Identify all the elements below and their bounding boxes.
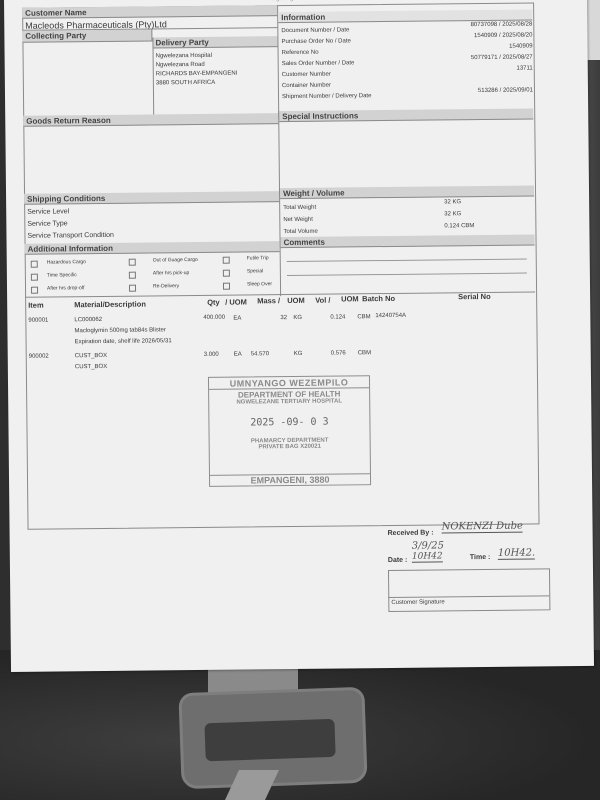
info-label: Container Number bbox=[282, 83, 331, 90]
stamp-date: 2025 -09- 0 3 bbox=[209, 416, 369, 429]
cell-desc-1: Expiration date, shelf life 2026/05/31 bbox=[75, 338, 172, 345]
checkbox[interactable] bbox=[129, 272, 136, 279]
delivery-line-4: 3880 SOUTH AFRICA bbox=[156, 80, 215, 87]
cell-uom: EA bbox=[234, 352, 242, 358]
delivery-line-2: Ngwelezana Road bbox=[156, 62, 205, 69]
checkbox-label: After hrs pick-up bbox=[153, 270, 189, 276]
info-value: 80737098 / 2025/08/28 bbox=[471, 21, 533, 28]
stamp-line-6: EMPANGENI, 3880 bbox=[210, 473, 370, 486]
delivery-line-3: RICHARDS BAY-EMPANGENI bbox=[156, 71, 238, 78]
delivery-note: Customer Name Macleods Pharmaceuticals (… bbox=[22, 2, 534, 7]
checkbox-label: Hazardous Cargo bbox=[47, 259, 86, 265]
checkbox[interactable] bbox=[223, 270, 230, 277]
checkbox-label: After hrs drop-off bbox=[47, 285, 84, 291]
checkbox[interactable] bbox=[31, 287, 38, 294]
cell-qty: 3.000 bbox=[204, 352, 219, 358]
time-value[interactable]: 10H42. bbox=[498, 547, 535, 559]
stamp-line-1: UMNYANGO WEZEMPILO bbox=[209, 376, 369, 390]
checkbox[interactable] bbox=[223, 283, 230, 290]
cell-desc-0: Macloglymin 500mg tab84s Blister bbox=[74, 327, 165, 334]
total-volume-label: Total Volume bbox=[283, 229, 317, 235]
cell-material: LC000062 bbox=[74, 317, 102, 323]
cell-mass_uom: KG bbox=[294, 351, 303, 357]
info-value: 1540909 / 2025/08/20 bbox=[474, 32, 532, 39]
column-header: Vol / bbox=[315, 296, 330, 305]
column-header: / UOM bbox=[225, 297, 247, 306]
info-value: 50779171 / 2025/08/27 bbox=[471, 54, 533, 61]
cell-item: 900002 bbox=[29, 354, 49, 360]
info-label: Shipment Number / Delivery Date bbox=[282, 93, 371, 100]
cell-vol_uom: CBM bbox=[358, 350, 371, 356]
stamp-line-3: NGWELEZANE TERTIARY HOSPITAL bbox=[209, 398, 369, 406]
column-header: Item bbox=[28, 301, 44, 310]
cell-mass: 32 bbox=[280, 315, 287, 321]
transport-condition-label: Service Transport Condition bbox=[27, 232, 113, 240]
cell-mass: 54.570 bbox=[251, 351, 269, 357]
service-level-label: Service Level bbox=[27, 208, 69, 215]
column-header: Serial No bbox=[458, 292, 491, 301]
info-label: Document Number / Date bbox=[281, 27, 349, 34]
hospital-received-stamp: UMNYANGO WEZEMPILO DEPARTMENT OF HEALTH … bbox=[208, 375, 371, 487]
cell-batch: 14240754A bbox=[375, 313, 406, 319]
column-header: UOM bbox=[287, 296, 305, 305]
cell-item: 900001 bbox=[28, 318, 48, 324]
cell-qty: 400.000 bbox=[203, 315, 225, 321]
info-value: 13711 bbox=[516, 65, 532, 71]
net-weight-value: 32 KG bbox=[444, 211, 461, 217]
net-weight-label: Net Weight bbox=[283, 217, 313, 223]
column-header: UOM bbox=[341, 294, 359, 303]
checkbox[interactable] bbox=[129, 259, 136, 266]
checkbox[interactable] bbox=[31, 261, 38, 268]
checkbox-label: Re-Delivery bbox=[153, 283, 179, 289]
info-label: Reference No bbox=[282, 50, 319, 56]
cell-mass_uom: KG bbox=[293, 315, 302, 321]
column-header: Batch No bbox=[362, 294, 395, 303]
date-value[interactable]: 10H42 bbox=[412, 551, 443, 562]
cell-desc-0: CUST_BOX bbox=[75, 364, 107, 370]
total-weight-label: Total Weight bbox=[283, 205, 316, 211]
info-value: 513286 / 2025/09/01 bbox=[478, 87, 533, 94]
column-header: Mass / bbox=[257, 296, 280, 305]
column-header: Material/Description bbox=[74, 300, 146, 310]
checkbox[interactable] bbox=[223, 257, 230, 264]
checkbox[interactable] bbox=[129, 285, 136, 292]
checkbox[interactable] bbox=[31, 274, 38, 281]
info-label: Purchase Order No / Date bbox=[281, 38, 350, 45]
handwritten-date: 3/9/25 bbox=[412, 540, 444, 551]
column-header: Qty bbox=[207, 298, 220, 307]
total-weight-value: 32 KG bbox=[444, 199, 461, 205]
info-value: 1540909 bbox=[509, 43, 532, 49]
cell-uom: EA bbox=[233, 316, 241, 322]
checkbox-label: Time Specific bbox=[47, 272, 77, 278]
received-by-value[interactable]: NOKENZI Dube bbox=[441, 521, 522, 534]
buckle-slot bbox=[204, 719, 335, 762]
stamp-line-5: PRIVATE BAG X20021 bbox=[210, 443, 370, 451]
info-label: Customer Number bbox=[282, 72, 331, 79]
checkbox-label: Sleep Over bbox=[247, 281, 272, 287]
checkbox-label: Special bbox=[247, 268, 263, 274]
customer-signature-label: Customer Signature bbox=[391, 599, 444, 606]
cell-vol: 0.576 bbox=[331, 350, 346, 356]
delivery-note-paper: Pg. Pag. ... Customer Name Macleods Phar… bbox=[4, 0, 594, 672]
date-label: Date : bbox=[388, 557, 408, 564]
info-label: Sales Order Number / Date bbox=[282, 60, 355, 67]
checkbox-label: Futile Trip bbox=[247, 255, 269, 261]
time-label: Time : bbox=[470, 554, 491, 561]
cell-vol_uom: CBM bbox=[357, 314, 370, 320]
collecting-party-header: Collecting Party bbox=[22, 29, 152, 42]
top-page-fragment: Pg. Pag. ... bbox=[272, 0, 302, 2]
checkbox-label: Out of Guage Cargo bbox=[153, 257, 198, 263]
total-volume-value: 0.124 CBM bbox=[444, 223, 474, 229]
cell-material: CUST_BOX bbox=[75, 353, 107, 359]
received-by-label: Received By : bbox=[388, 530, 434, 537]
cell-vol: 0.124 bbox=[330, 314, 345, 320]
delivery-line-1: Ngwelezana Hospital bbox=[156, 53, 212, 60]
service-type-label: Service Type bbox=[27, 220, 67, 227]
